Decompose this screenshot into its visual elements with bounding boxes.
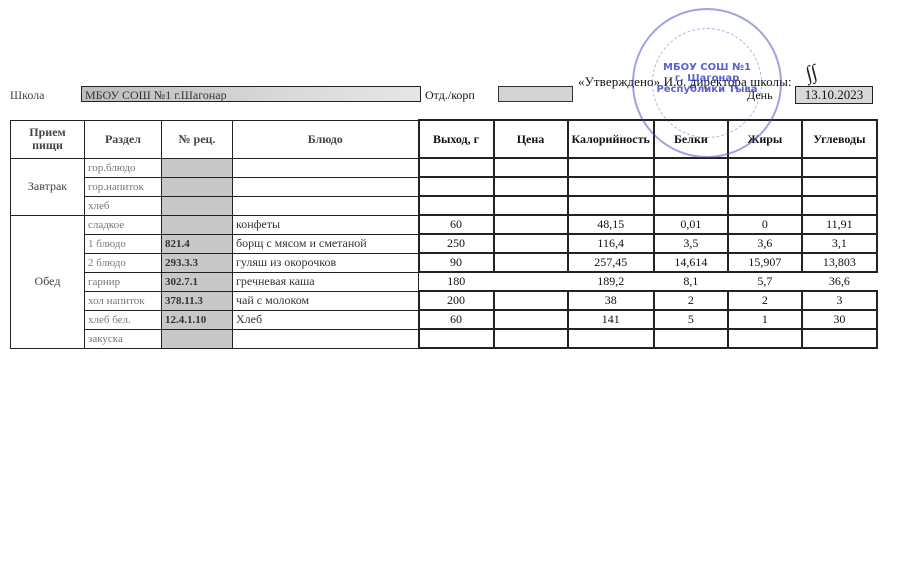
section-cell: хлеб (85, 196, 162, 215)
yield-cell: 60 (419, 310, 494, 329)
yield-cell: 200 (419, 291, 494, 310)
col-price: Цена (494, 120, 568, 158)
section-cell: гор.блюдо (85, 158, 162, 177)
table-row: 2 блюдо293.3.3гуляш из окорочков90257,45… (11, 253, 877, 272)
recipe-cell (162, 215, 233, 234)
yield-cell: 250 (419, 234, 494, 253)
protein-cell: 8,1 (654, 272, 728, 291)
calories-cell: 141 (568, 310, 654, 329)
recipe-cell: 378.11.3 (162, 291, 233, 310)
stamp-line: МБОУ СОШ №1 (634, 62, 780, 73)
protein-cell (654, 196, 728, 215)
dish-cell: борщ с мясом и сметаной (233, 234, 419, 253)
table-row: гор.напиток (11, 177, 877, 196)
carbs-cell (802, 158, 877, 177)
fat-cell: 0 (728, 215, 802, 234)
calories-cell (568, 158, 654, 177)
calories-cell (568, 196, 654, 215)
dish-cell (233, 329, 419, 348)
yield-cell: 180 (419, 272, 494, 291)
recipe-cell (162, 177, 233, 196)
col-yield: Выход, г (419, 120, 494, 158)
dish-cell: Хлеб (233, 310, 419, 329)
table-header-row: Прием пищи Раздел № рец. Блюдо Выход, г … (11, 120, 877, 158)
recipe-cell: 293.3.3 (162, 253, 233, 272)
protein-cell (654, 329, 728, 348)
dish-cell (233, 196, 419, 215)
price-cell (494, 329, 568, 348)
carbs-cell: 3,1 (802, 234, 877, 253)
carbs-cell: 13,803 (802, 253, 877, 272)
dish-cell: чай с молоком (233, 291, 419, 310)
dept-label: Отд./корп (425, 88, 475, 103)
price-cell (494, 291, 568, 310)
yield-cell (419, 196, 494, 215)
calories-cell: 38 (568, 291, 654, 310)
protein-cell: 3,5 (654, 234, 728, 253)
section-cell: сладкое (85, 215, 162, 234)
dish-cell (233, 158, 419, 177)
col-section: Раздел (85, 120, 162, 158)
price-cell (494, 310, 568, 329)
menu-table: Прием пищи Раздел № рец. Блюдо Выход, г … (10, 119, 878, 349)
dish-cell (233, 177, 419, 196)
carbs-cell (802, 196, 877, 215)
section-cell: закуска (85, 329, 162, 348)
calories-cell: 116,4 (568, 234, 654, 253)
yield-cell (419, 158, 494, 177)
calories-cell: 257,45 (568, 253, 654, 272)
fat-cell: 3,6 (728, 234, 802, 253)
recipe-cell (162, 158, 233, 177)
section-cell: 1 блюдо (85, 234, 162, 253)
carbs-cell: 30 (802, 310, 877, 329)
signature-icon: ∫∫ (803, 61, 820, 86)
price-cell (494, 177, 568, 196)
fat-cell (728, 196, 802, 215)
dish-cell: конфеты (233, 215, 419, 234)
section-cell: гарнир (85, 272, 162, 291)
carbs-cell: 11,91 (802, 215, 877, 234)
yield-cell: 60 (419, 215, 494, 234)
protein-cell: 5 (654, 310, 728, 329)
fat-cell (728, 158, 802, 177)
fat-cell: 1 (728, 310, 802, 329)
school-label: Школа (10, 88, 44, 103)
section-cell: 2 блюдо (85, 253, 162, 272)
calories-cell (568, 329, 654, 348)
table-row: хол напиток378.11.3чай с молоком20038223 (11, 291, 877, 310)
table-row: Завтракгор.блюдо (11, 158, 877, 177)
protein-cell (654, 158, 728, 177)
table-row: хлеб (11, 196, 877, 215)
recipe-cell (162, 329, 233, 348)
yield-cell: 90 (419, 253, 494, 272)
menu-body: Завтракгор.блюдогор.напитокхлебОбедсладк… (11, 158, 877, 348)
table-row: Обедсладкоеконфеты6048,150,01011,91 (11, 215, 877, 234)
calories-cell (568, 177, 654, 196)
dept-field[interactable] (498, 86, 573, 102)
dish-cell: гуляш из окорочков (233, 253, 419, 272)
section-cell: хлеб бел. (85, 310, 162, 329)
table-row: закуска (11, 329, 877, 348)
section-cell: хол напиток (85, 291, 162, 310)
recipe-cell: 821.4 (162, 234, 233, 253)
section-cell: гор.напиток (85, 177, 162, 196)
recipe-cell: 12.4.1.10 (162, 310, 233, 329)
table-row: хлеб бел.12.4.1.10Хлеб601415130 (11, 310, 877, 329)
protein-cell: 14,614 (654, 253, 728, 272)
price-cell (494, 158, 568, 177)
fat-cell (728, 177, 802, 196)
carbs-cell: 36,6 (802, 272, 877, 291)
dish-cell: гречневая каша (233, 272, 419, 291)
col-protein: Белки (654, 120, 728, 158)
table-row: 1 блюдо821.4борщ с мясом и сметаной25011… (11, 234, 877, 253)
price-cell (494, 196, 568, 215)
carbs-cell (802, 177, 877, 196)
price-cell (494, 234, 568, 253)
calories-cell: 189,2 (568, 272, 654, 291)
fat-cell: 15,907 (728, 253, 802, 272)
col-calories: Калорийность (568, 120, 654, 158)
protein-cell (654, 177, 728, 196)
date-field[interactable]: 13.10.2023 (795, 86, 873, 104)
yield-cell (419, 329, 494, 348)
fat-cell (728, 329, 802, 348)
recipe-cell (162, 196, 233, 215)
fat-cell: 2 (728, 291, 802, 310)
protein-cell: 2 (654, 291, 728, 310)
carbs-cell: 3 (802, 291, 877, 310)
col-carbs: Углеводы (802, 120, 877, 158)
calories-cell: 48,15 (568, 215, 654, 234)
price-cell (494, 253, 568, 272)
school-field[interactable]: МБОУ СОШ №1 г.Шагонар (81, 86, 421, 102)
day-label: День (747, 88, 773, 103)
table-row: гарнир302.7.1гречневая каша180189,28,15,… (11, 272, 877, 291)
meal-cell: Завтрак (11, 158, 85, 215)
col-meal: Прием пищи (11, 120, 85, 158)
protein-cell: 0,01 (654, 215, 728, 234)
col-dish: Блюдо (233, 120, 419, 158)
meal-cell: Обед (11, 215, 85, 348)
carbs-cell (802, 329, 877, 348)
col-fat: Жиры (728, 120, 802, 158)
recipe-cell: 302.7.1 (162, 272, 233, 291)
col-recipe: № рец. (162, 120, 233, 158)
yield-cell (419, 177, 494, 196)
price-cell (494, 272, 568, 291)
price-cell (494, 215, 568, 234)
fat-cell: 5,7 (728, 272, 802, 291)
